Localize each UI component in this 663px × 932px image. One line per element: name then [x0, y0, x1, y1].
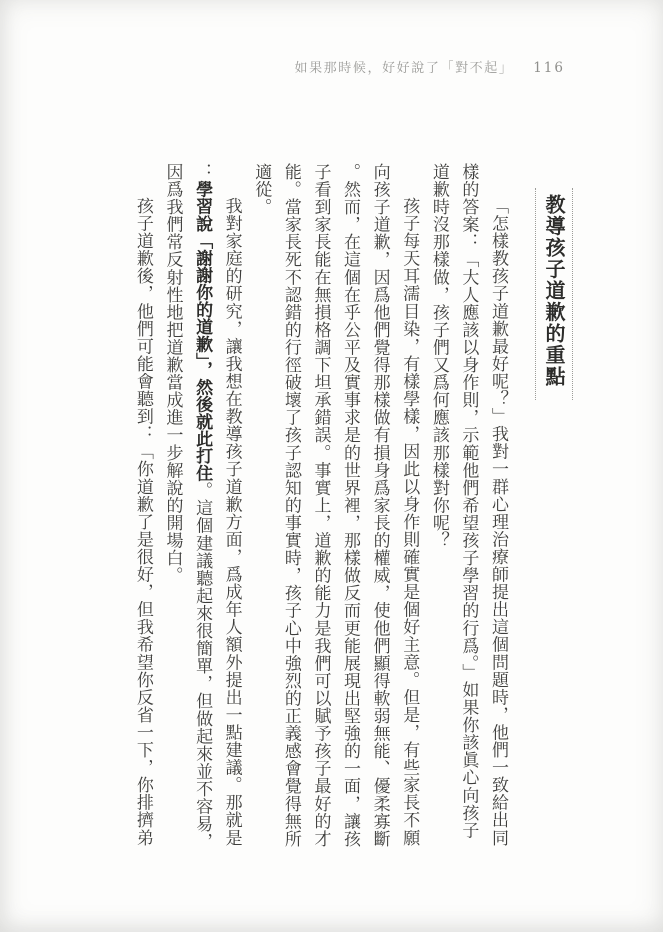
paragraph-4: 孩子道歉後，他們可能會聽到：「你道歉了是很好，但我希望你反省一下，你排擠弟	[127, 163, 157, 855]
paragraph-2: 孩子每天耳濡目染，有樣學樣，因此以身作則確實是個好主意。但是，有些家長不願向孩子…	[246, 163, 424, 855]
paragraph-3-bold-advice: 學習說「謝謝你的道歉」，然後就此打住	[192, 181, 212, 482]
page-content: 教導孩子道歉的重點 「怎樣教孩子道歉最好呢？」我對一群心理治療師提出這個問題時，…	[127, 163, 572, 855]
chapter-title-column: 教導孩子道歉的重點	[536, 163, 572, 855]
running-title: 如果那時候，好好說了「對不起」	[294, 61, 513, 76]
paragraph-1: 「怎樣教孩子道歉最好呢？」我對一群心理治療師提出這個問題時，他們一致給出同樣的答…	[423, 163, 512, 855]
paragraph-3: 我對家庭的研究，讓我想在教導孩子道歉方面，爲成年人額外提出一點建議。那就是：學習…	[157, 163, 246, 855]
running-header: 如果那時候，好好說了「對不起」 116	[294, 57, 565, 76]
book-page: 如果那時候，好好說了「對不起」 116 教導孩子道歉的重點 「怎樣教孩子道歉最好…	[0, 0, 663, 932]
page-number: 116	[533, 60, 565, 76]
chapter-title: 教導孩子道歉的重點	[535, 188, 573, 400]
